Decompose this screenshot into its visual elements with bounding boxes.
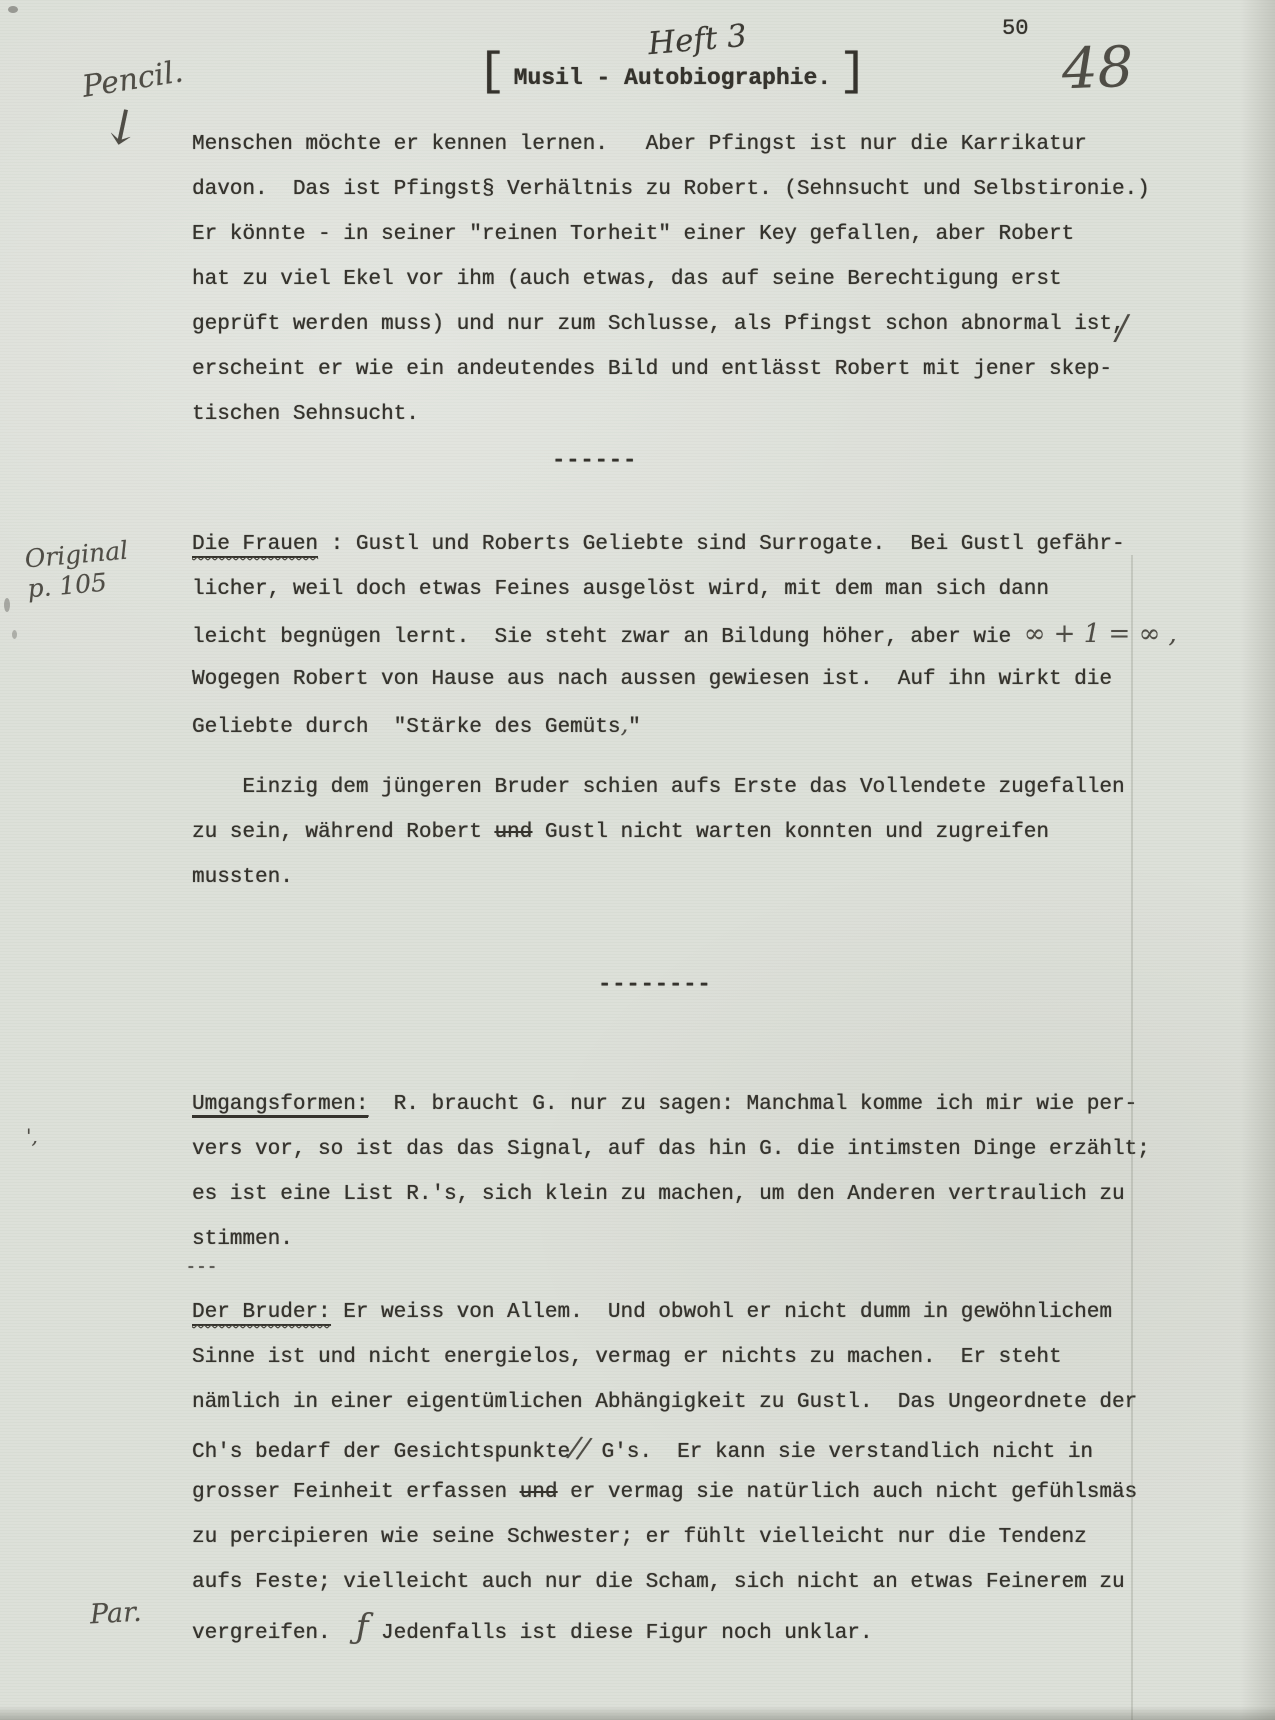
handwritten-infinity-formula: ∞ + 1 = ∞ ,	[1024, 619, 1177, 649]
text-segment: vergreifen.	[192, 1622, 356, 1645]
down-arrow-icon: ↓	[97, 96, 148, 159]
text-segment: er vermag sie natürlich auch nicht gefüh…	[557, 1481, 1137, 1504]
text-line: erscheint er wie ein andeutendes Bild un…	[192, 347, 1150, 392]
text-segment: : Gustl und Roberts Geliebte sind Surrog…	[318, 533, 1125, 556]
margin-tick-mark: ',	[26, 1124, 38, 1148]
text-line: zu percipieren wie seine Schwester; er f…	[192, 1515, 1137, 1560]
handwritten-insertion-sign: ƒ	[356, 1607, 369, 1647]
text-line: geprüft werden muss) und nur zum Schluss…	[192, 302, 1150, 347]
struck-word: und	[520, 1481, 558, 1504]
text-line: Sinne ist und nicht energielos, vermag e…	[192, 1335, 1137, 1380]
text-line: zu sein, während Robert und Gustl nicht …	[192, 810, 1125, 855]
text-line: stimmen.	[192, 1217, 1150, 1262]
section-heading-der-bruder: Der Bruder:	[192, 1301, 331, 1326]
bracket-left: [	[478, 50, 506, 94]
text-line: Er könnte - in seiner "reinen Torheit" e…	[192, 212, 1150, 257]
margin-note-par: Par.	[89, 1597, 142, 1631]
text-line: nämlich in einer eigentümlichen Abhängig…	[192, 1380, 1137, 1425]
manuscript-page: 50 48 Heft 3 [ Musil - Autobiographie. ]…	[0, 0, 1275, 1720]
text-segment: Geliebte durch "Stärke des Gemüts	[192, 716, 620, 739]
text-line: aufs Feste; vielleicht auch nur die Scha…	[192, 1560, 1137, 1605]
text-line: Wogegen Robert von Hause aus nach aussen…	[192, 657, 1177, 702]
text-segment: R. braucht G. nur zu sagen: Manchmal kom…	[368, 1093, 1137, 1116]
section-die-frauen: Die Frauen : Gustl und Roberts Geliebte …	[192, 522, 1177, 747]
text-line: vers vor, so ist das das Signal, auf das…	[192, 1127, 1150, 1172]
text-line: Ch's bedarf der Gesichtspunkte// G's. Er…	[192, 1425, 1137, 1470]
page-number-pencil: 48	[1061, 35, 1134, 102]
text-segment: grosser Feinheit erfassen	[192, 1481, 520, 1504]
page-title: [ Musil - Autobiographie. ]	[478, 52, 867, 96]
bracket-right: ]	[839, 50, 867, 94]
section-separator: --------	[598, 972, 712, 997]
mini-separator: ---	[186, 1258, 218, 1276]
struck-word: und	[494, 821, 532, 844]
section-umgangsformen: Umgangsformen: R. braucht G. nur zu sage…	[192, 1082, 1150, 1262]
text-segment: Gustl nicht warten konnten und zugreifen	[532, 821, 1049, 844]
handwritten-slashes-mark: //	[567, 1424, 592, 1471]
text-line: grosser Feinheit erfassen und er vermag …	[192, 1470, 1137, 1515]
text-line: Einzig dem jüngeren Bruder schien aufs E…	[192, 765, 1125, 810]
margin-note-pencil: Pencil.	[80, 54, 186, 104]
section-heading-umgangsformen: Umgangsformen:	[192, 1093, 368, 1118]
text-line: leicht begnügen lernt. Sie steht zwar an…	[192, 612, 1177, 657]
text-segment: "	[628, 716, 641, 739]
text-line: vergreifen. ƒ Jedenfalls ist diese Figur…	[192, 1605, 1137, 1650]
section-der-bruder: Der Bruder: Er weiss von Allem. Und obwo…	[192, 1290, 1137, 1650]
scan-speck	[12, 630, 17, 639]
paragraph-einzig: Einzig dem jüngeren Bruder schien aufs E…	[192, 765, 1125, 900]
text-line: es ist eine List R.'s, sich klein zu mac…	[192, 1172, 1150, 1217]
page-crease-line	[1131, 555, 1133, 1720]
text-segment: zu sein, während Robert	[192, 821, 494, 844]
scan-speck	[8, 6, 18, 13]
text-line: Umgangsformen: R. braucht G. nur zu sage…	[192, 1082, 1150, 1127]
text-line: Der Bruder: Er weiss von Allem. Und obwo…	[192, 1290, 1137, 1335]
section-heading-die-frauen: Die Frauen	[192, 533, 318, 558]
scan-speck	[4, 598, 10, 612]
margin-note-original: Original p. 105	[24, 536, 132, 605]
text-segment: leicht begnügen lernt. Sie steht zwar an…	[192, 626, 1024, 649]
text-segment: G's. Er kann sie verstandlich nicht in	[589, 1441, 1093, 1464]
text-line: licher, weil doch etwas Feines ausgelöst…	[192, 567, 1177, 612]
text-line: Geliebte durch "Stärke des Gemüts‚"	[192, 702, 1177, 747]
text-line: Menschen möchte er kennen lernen. Aber P…	[192, 122, 1150, 167]
text-line: davon. Das ist Pfingst§ Verhältnis zu Ro…	[192, 167, 1150, 212]
page-number-typed: 50	[1002, 16, 1028, 41]
text-line: Die Frauen : Gustl und Roberts Geliebte …	[192, 522, 1177, 567]
handwritten-insertion-mark: ‚	[620, 710, 628, 738]
text-segment: Er weiss von Allem. Und obwohl er nicht …	[331, 1301, 1112, 1324]
text-line: mussten.	[192, 855, 1125, 900]
text-line: hat zu viel Ekel vor ihm (auch etwas, da…	[192, 257, 1150, 302]
text-segment: Ch's bedarf der Gesichtspunkte	[192, 1441, 570, 1464]
section-separator: ------	[552, 448, 637, 473]
paragraph-pfingst: Menschen möchte er kennen lernen. Aber P…	[192, 122, 1150, 437]
text-segment: Jedenfalls ist diese Figur noch unklar.	[368, 1622, 872, 1645]
page-title-text: Musil - Autobiographie.	[506, 65, 839, 91]
text-line: tischen Sehnsucht.	[192, 392, 1150, 437]
